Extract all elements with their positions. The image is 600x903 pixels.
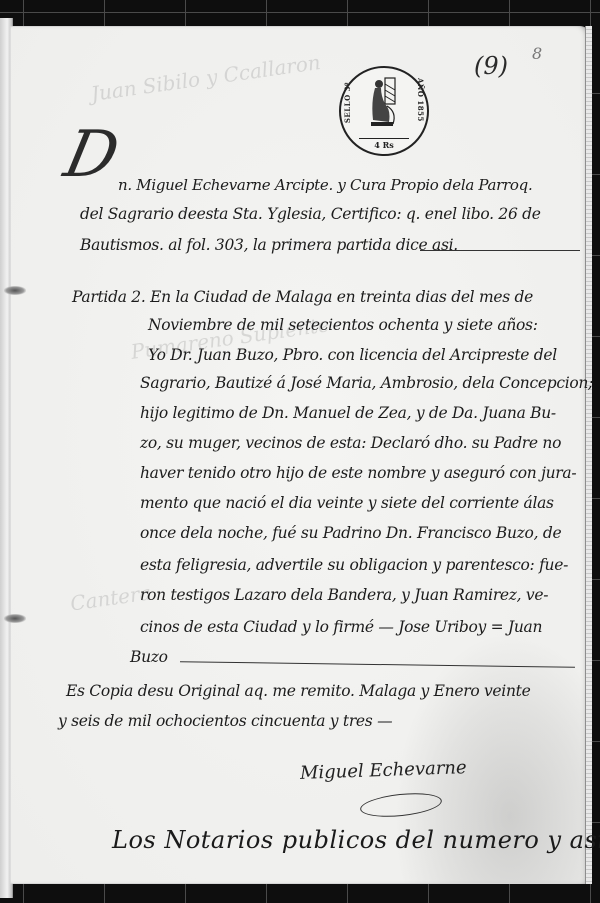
folio-number: (9) — [474, 52, 508, 80]
notary-heading: Los Notarios publicos del numero y asien… — [112, 826, 600, 854]
entry-line: ron testigos Lazaro dela Bandera, y Juan… — [140, 586, 548, 604]
entry-line: cinos de esta Ciudad y lo firmé — Jose U… — [140, 618, 542, 636]
entry-line: haver tenido otro hijo de este nombre y … — [140, 464, 576, 482]
folio-old-number: 8 — [532, 44, 542, 63]
entry-line: Noviembre de mil setecientos ochenta y s… — [148, 316, 538, 334]
bleed-through-text: Juan Sibilo y Ccallaron — [89, 50, 322, 106]
entry-line: Sagrario, Bautizé á José Maria, Ambrosio… — [140, 374, 593, 392]
entry-line: once dela noche, fué su Padrino Dn. Fran… — [140, 524, 561, 542]
page-stack-edge — [585, 26, 592, 884]
entry-line: Partida 2. En la Ciudad de Malaga en tre… — [72, 288, 533, 306]
stamp-year-label: AÑO 1855 — [416, 78, 425, 122]
entry-line: hijo legitimo de Dn. Manuel de Zea, y de… — [140, 404, 556, 422]
closing-line: Es Copia desu Original aq. me remito. Ma… — [66, 682, 530, 700]
seated-allegory-icon — [367, 76, 399, 130]
header-line: del Sagrario deesta Sta. Yglesia, Certif… — [80, 205, 541, 223]
entry-line: mento que nació el dia veinte y siete de… — [140, 494, 554, 512]
header-line: n. Miguel Echevarne Arcipte. y Cura Prop… — [118, 176, 532, 194]
tax-stamp: SELLO 3º AÑO 1855 4 Rs — [339, 66, 429, 156]
binding-clip — [4, 614, 26, 623]
stamp-value-label: 4 Rs — [359, 138, 409, 150]
header-end-rule — [420, 250, 580, 251]
entry-line: Buzo — [130, 648, 168, 666]
closing-line: y seis de mil ochocientos cincuenta y tr… — [58, 712, 392, 730]
entry-line: zo, su muger, vecinos de esta: Declaró d… — [140, 434, 561, 452]
binding-clip — [4, 286, 26, 295]
entry-line: esta feligresia, advertile su obligacion… — [140, 556, 568, 574]
header-line: Bautismos. al fol. 303, la primera parti… — [80, 236, 458, 254]
entry-line: Yo Dr. Juan Buzo, Pbro. con licencia del… — [148, 346, 557, 364]
stamp-seal-label: SELLO 3º — [343, 82, 352, 123]
